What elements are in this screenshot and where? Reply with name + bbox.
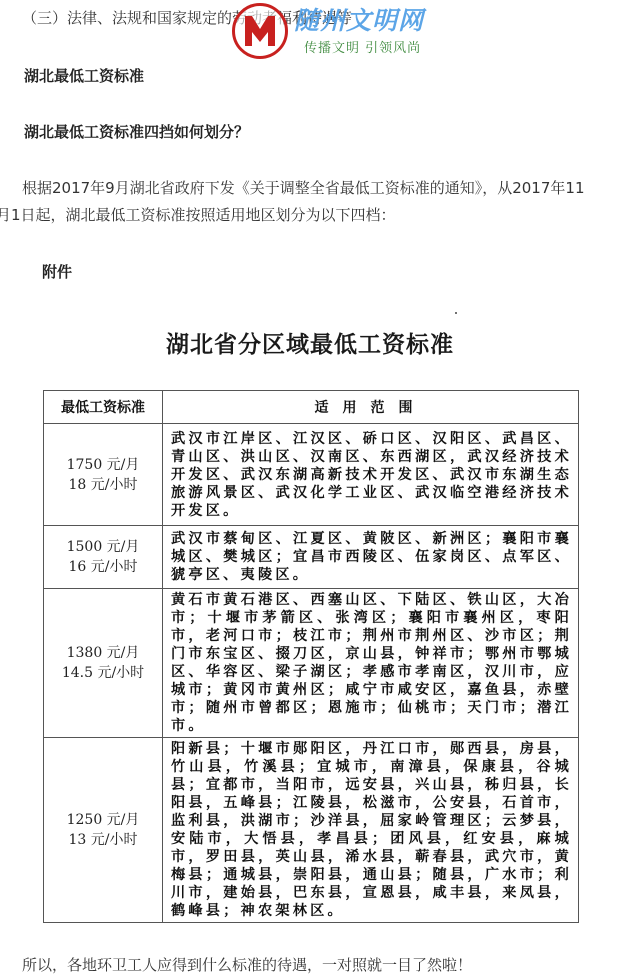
min-wage-table: 最低工资标准 适用范围 1750 元/月 18 元/小时 武汉市江岸区、江汉区、… [43,390,579,923]
table-row: 1750 元/月 18 元/小时 武汉市江岸区、江汉区、硚口区、汉阳区、武昌区、… [44,424,579,526]
scope-cell: 武汉市蔡甸区、江夏区、黄陂区、新洲区；襄阳市襄城区、樊城区；宜昌市西陵区、伍家岗… [163,526,579,589]
watermark-logo: 随州文明网 传播文明 引领风尚 [232,3,428,63]
scan-speck [455,312,457,314]
monthly-wage: 1380 元/月 [44,643,162,663]
hourly-wage: 14.5 元/小时 [44,663,162,683]
header-scope: 适用范围 [163,391,579,424]
wage-cell: 1750 元/月 18 元/小时 [44,424,163,526]
hourly-wage: 13 元/小时 [44,830,162,850]
closing-sentence: 所以，各地环卫工人应得到什么标准的待遇，一对照就一目了然啦！ [22,955,472,975]
paragraph-line-2: 月1日起，湖北最低工资标准按照适用地区划分为以下四档： [0,205,396,225]
scope-cell: 阳新县；十堰市郧阳区，丹江口市，郧西县，房县，竹山县，竹溪县；宜城市，南漳县，保… [163,738,579,923]
table-row: 1380 元/月 14.5 元/小时 黄石市黄石港区、西塞山区、下陆区、铁山区，… [44,589,579,738]
logo-emblem-icon [232,3,288,59]
heading-hubei-min-wage: 湖北最低工资标准 [24,66,144,86]
scope-cell: 武汉市江岸区、江汉区、硚口区、汉阳区、武昌区、青山区、洪山区、汉南区、东西湖区，… [163,424,579,526]
hourly-wage: 16 元/小时 [44,557,162,577]
monthly-wage: 1750 元/月 [44,455,162,475]
hourly-wage: 18 元/小时 [44,475,162,495]
attachment-label: 附件 [42,261,72,282]
heading-four-tiers: 湖北最低工资标准四挡如何划分？ [24,122,249,142]
monthly-wage: 1500 元/月 [44,537,162,557]
wage-cell: 1500 元/月 16 元/小时 [44,526,163,589]
wage-cell: 1250 元/月 13 元/小时 [44,738,163,923]
table-row: 1500 元/月 16 元/小时 武汉市蔡甸区、江夏区、黄陂区、新洲区；襄阳市襄… [44,526,579,589]
header-min-wage: 最低工资标准 [44,391,163,424]
logo-brand-text: 随州文明网 [294,1,424,37]
scope-cell: 黄石市黄石港区、西塞山区、下陆区、铁山区，大冶市；十堰市茅箭区、张湾区；襄阳市襄… [163,589,579,738]
table-row: 1250 元/月 13 元/小时 阳新县；十堰市郧阳区，丹江口市，郧西县，房县，… [44,738,579,923]
wage-cell: 1380 元/月 14.5 元/小时 [44,589,163,738]
paragraph-line-1: 根据2017年9月湖北省政府下发《关于调整全省最低工资标准的通知》，从2017年… [22,178,644,198]
table-title: 湖北省分区域最低工资标准 [0,326,620,359]
logo-slogan-text: 传播文明 引领风尚 [304,37,421,56]
monthly-wage: 1250 元/月 [44,810,162,830]
table-header-row: 最低工资标准 适用范围 [44,391,579,424]
